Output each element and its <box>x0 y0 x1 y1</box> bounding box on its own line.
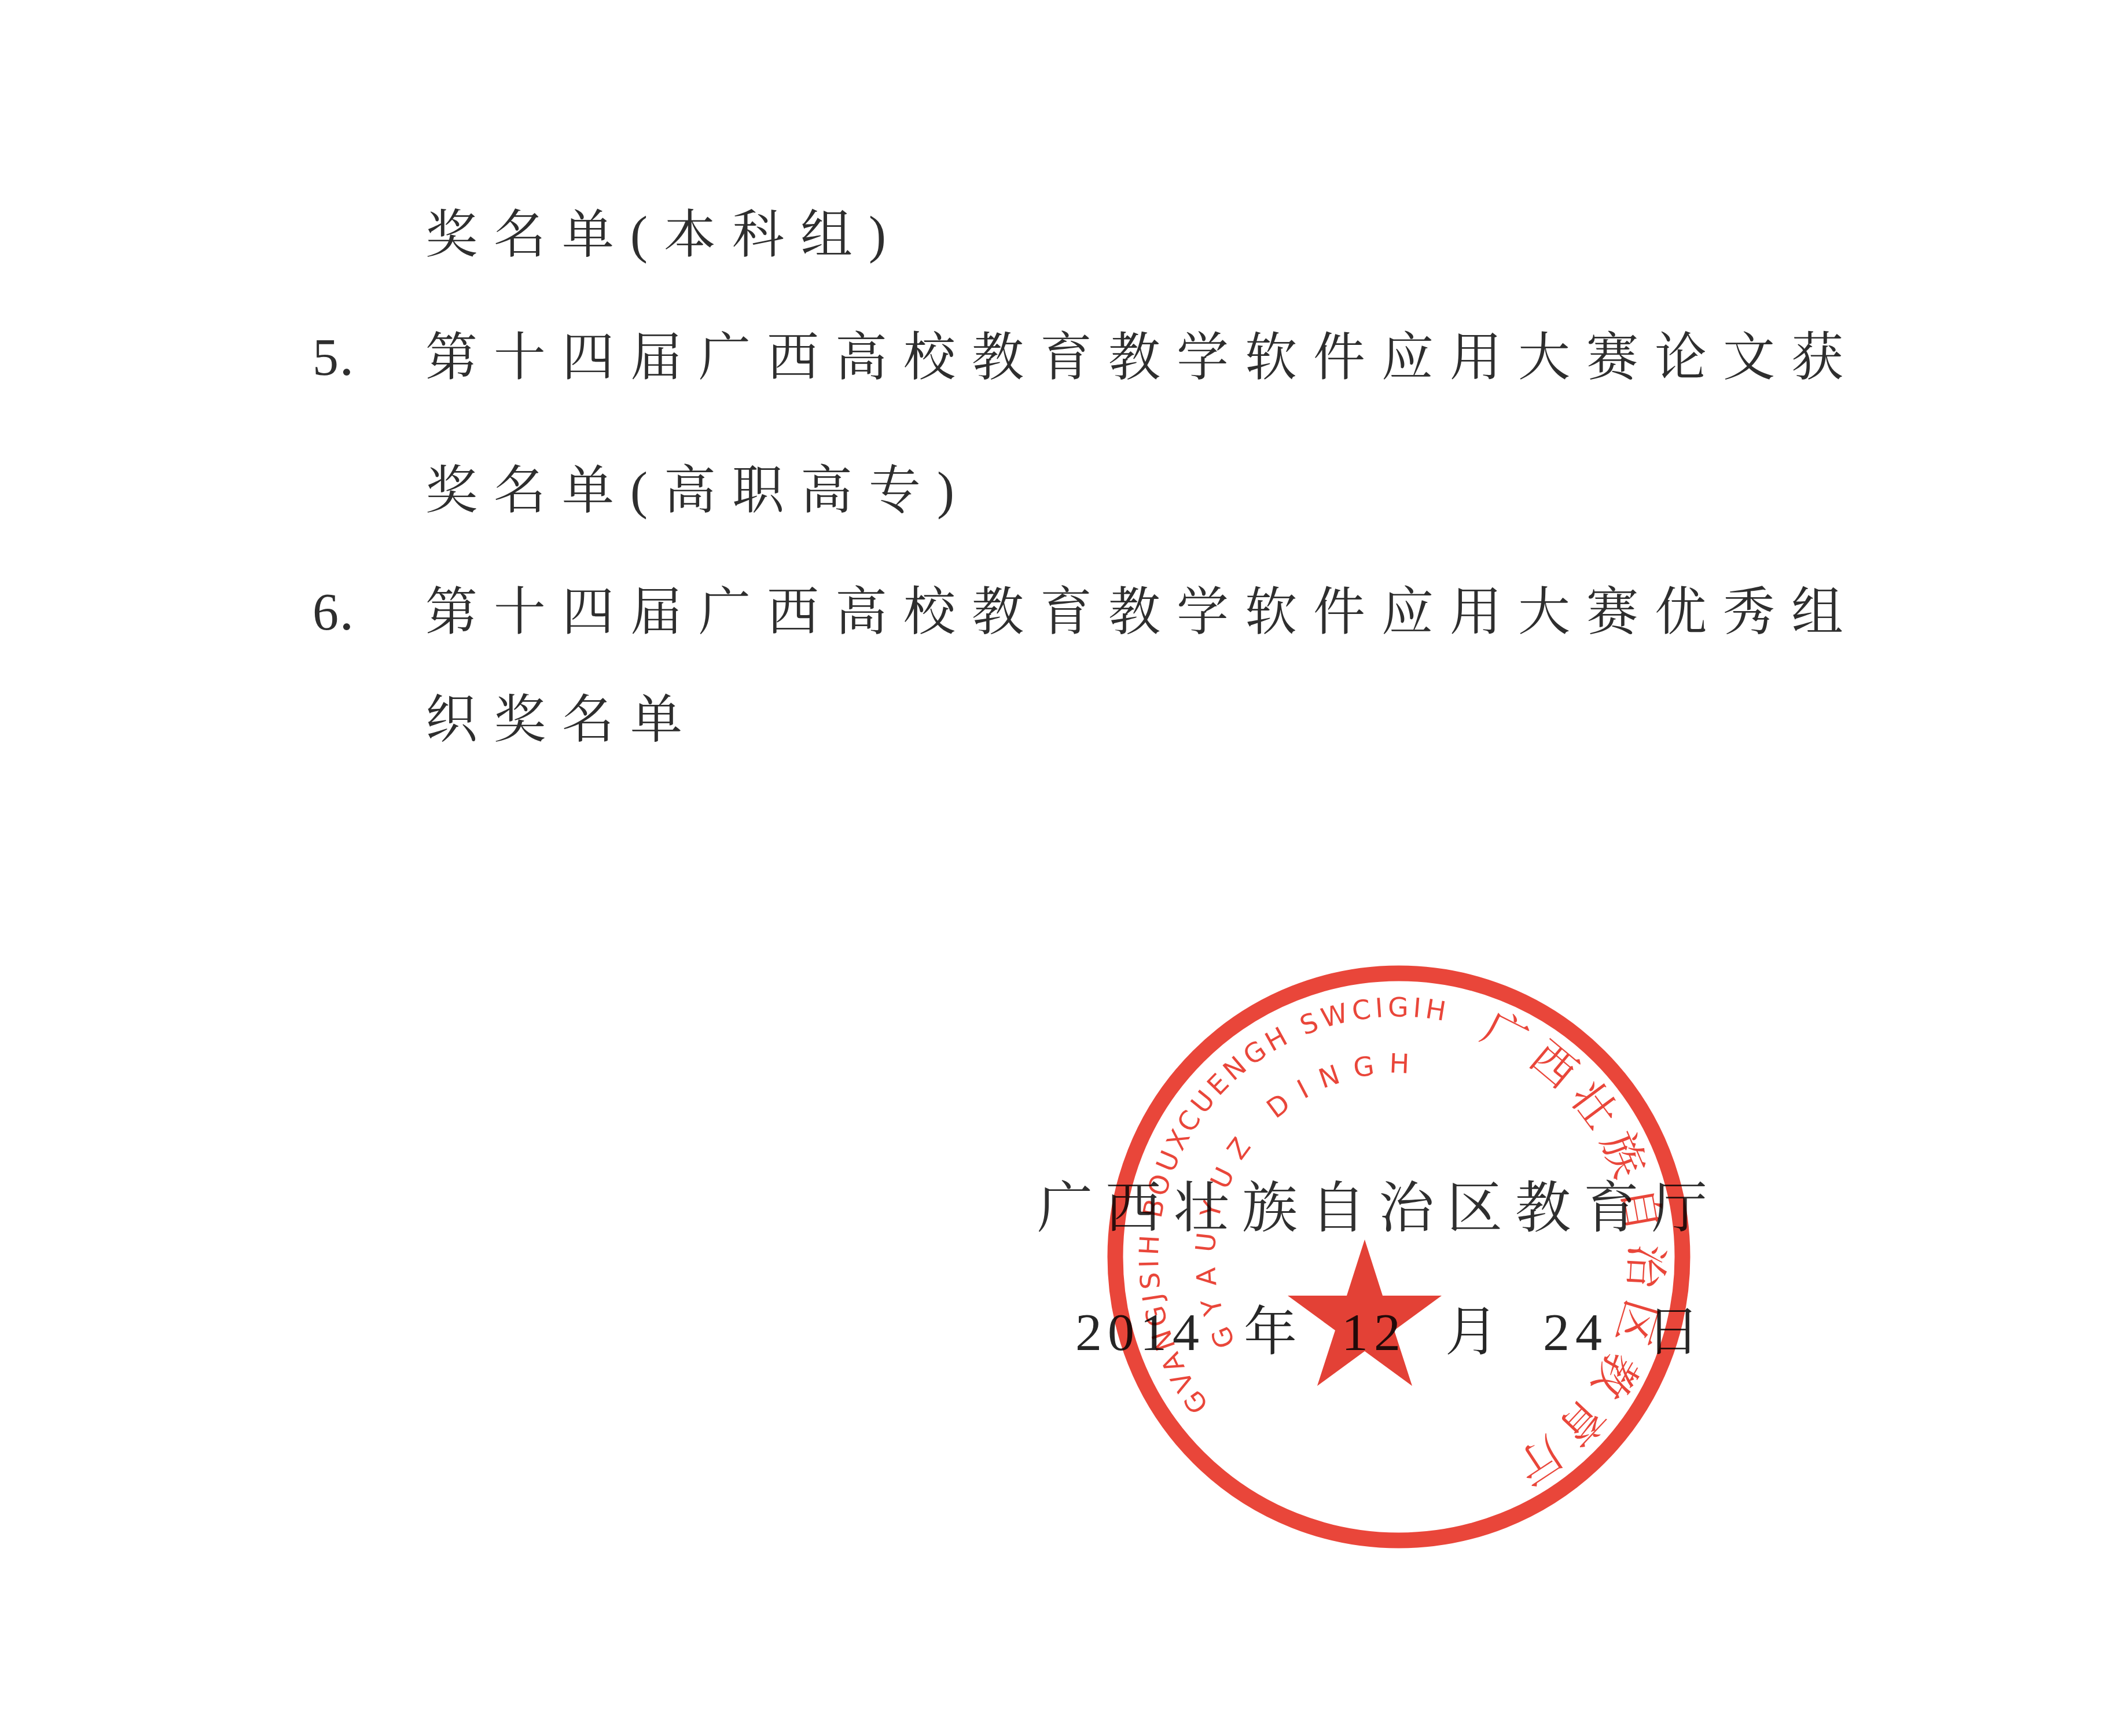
list-item-5-line2: 奖名单(高职高专) <box>425 465 971 517</box>
list-item-4-continuation: 奖名单(本科组) <box>425 209 902 262</box>
list-item-6-number: 6． <box>313 587 391 639</box>
list-item-5-number: 5． <box>313 332 391 384</box>
list-item-6-line1: 第十四届广西高校教育教学软件应用大赛优秀组 <box>425 587 1860 639</box>
seal-chinese-ring-text: 广西壮族自治区教育厅 <box>1474 1003 1670 1498</box>
list-item-6-line2: 织奖名单 <box>425 694 699 746</box>
document-page: 奖名单(本科组) 5． 第十四届广西高校教育教学软件应用大赛论文获 奖名单(高职… <box>0 0 2113 1736</box>
list-item-5-line1: 第十四届广西高校教育教学软件应用大赛论文获 <box>425 332 1860 384</box>
official-seal: GVANGJSIH BOUXCUENGH SWCIGIH GYAUYUZ DIN… <box>1071 949 1730 1586</box>
seal-star-icon <box>1288 1240 1442 1386</box>
